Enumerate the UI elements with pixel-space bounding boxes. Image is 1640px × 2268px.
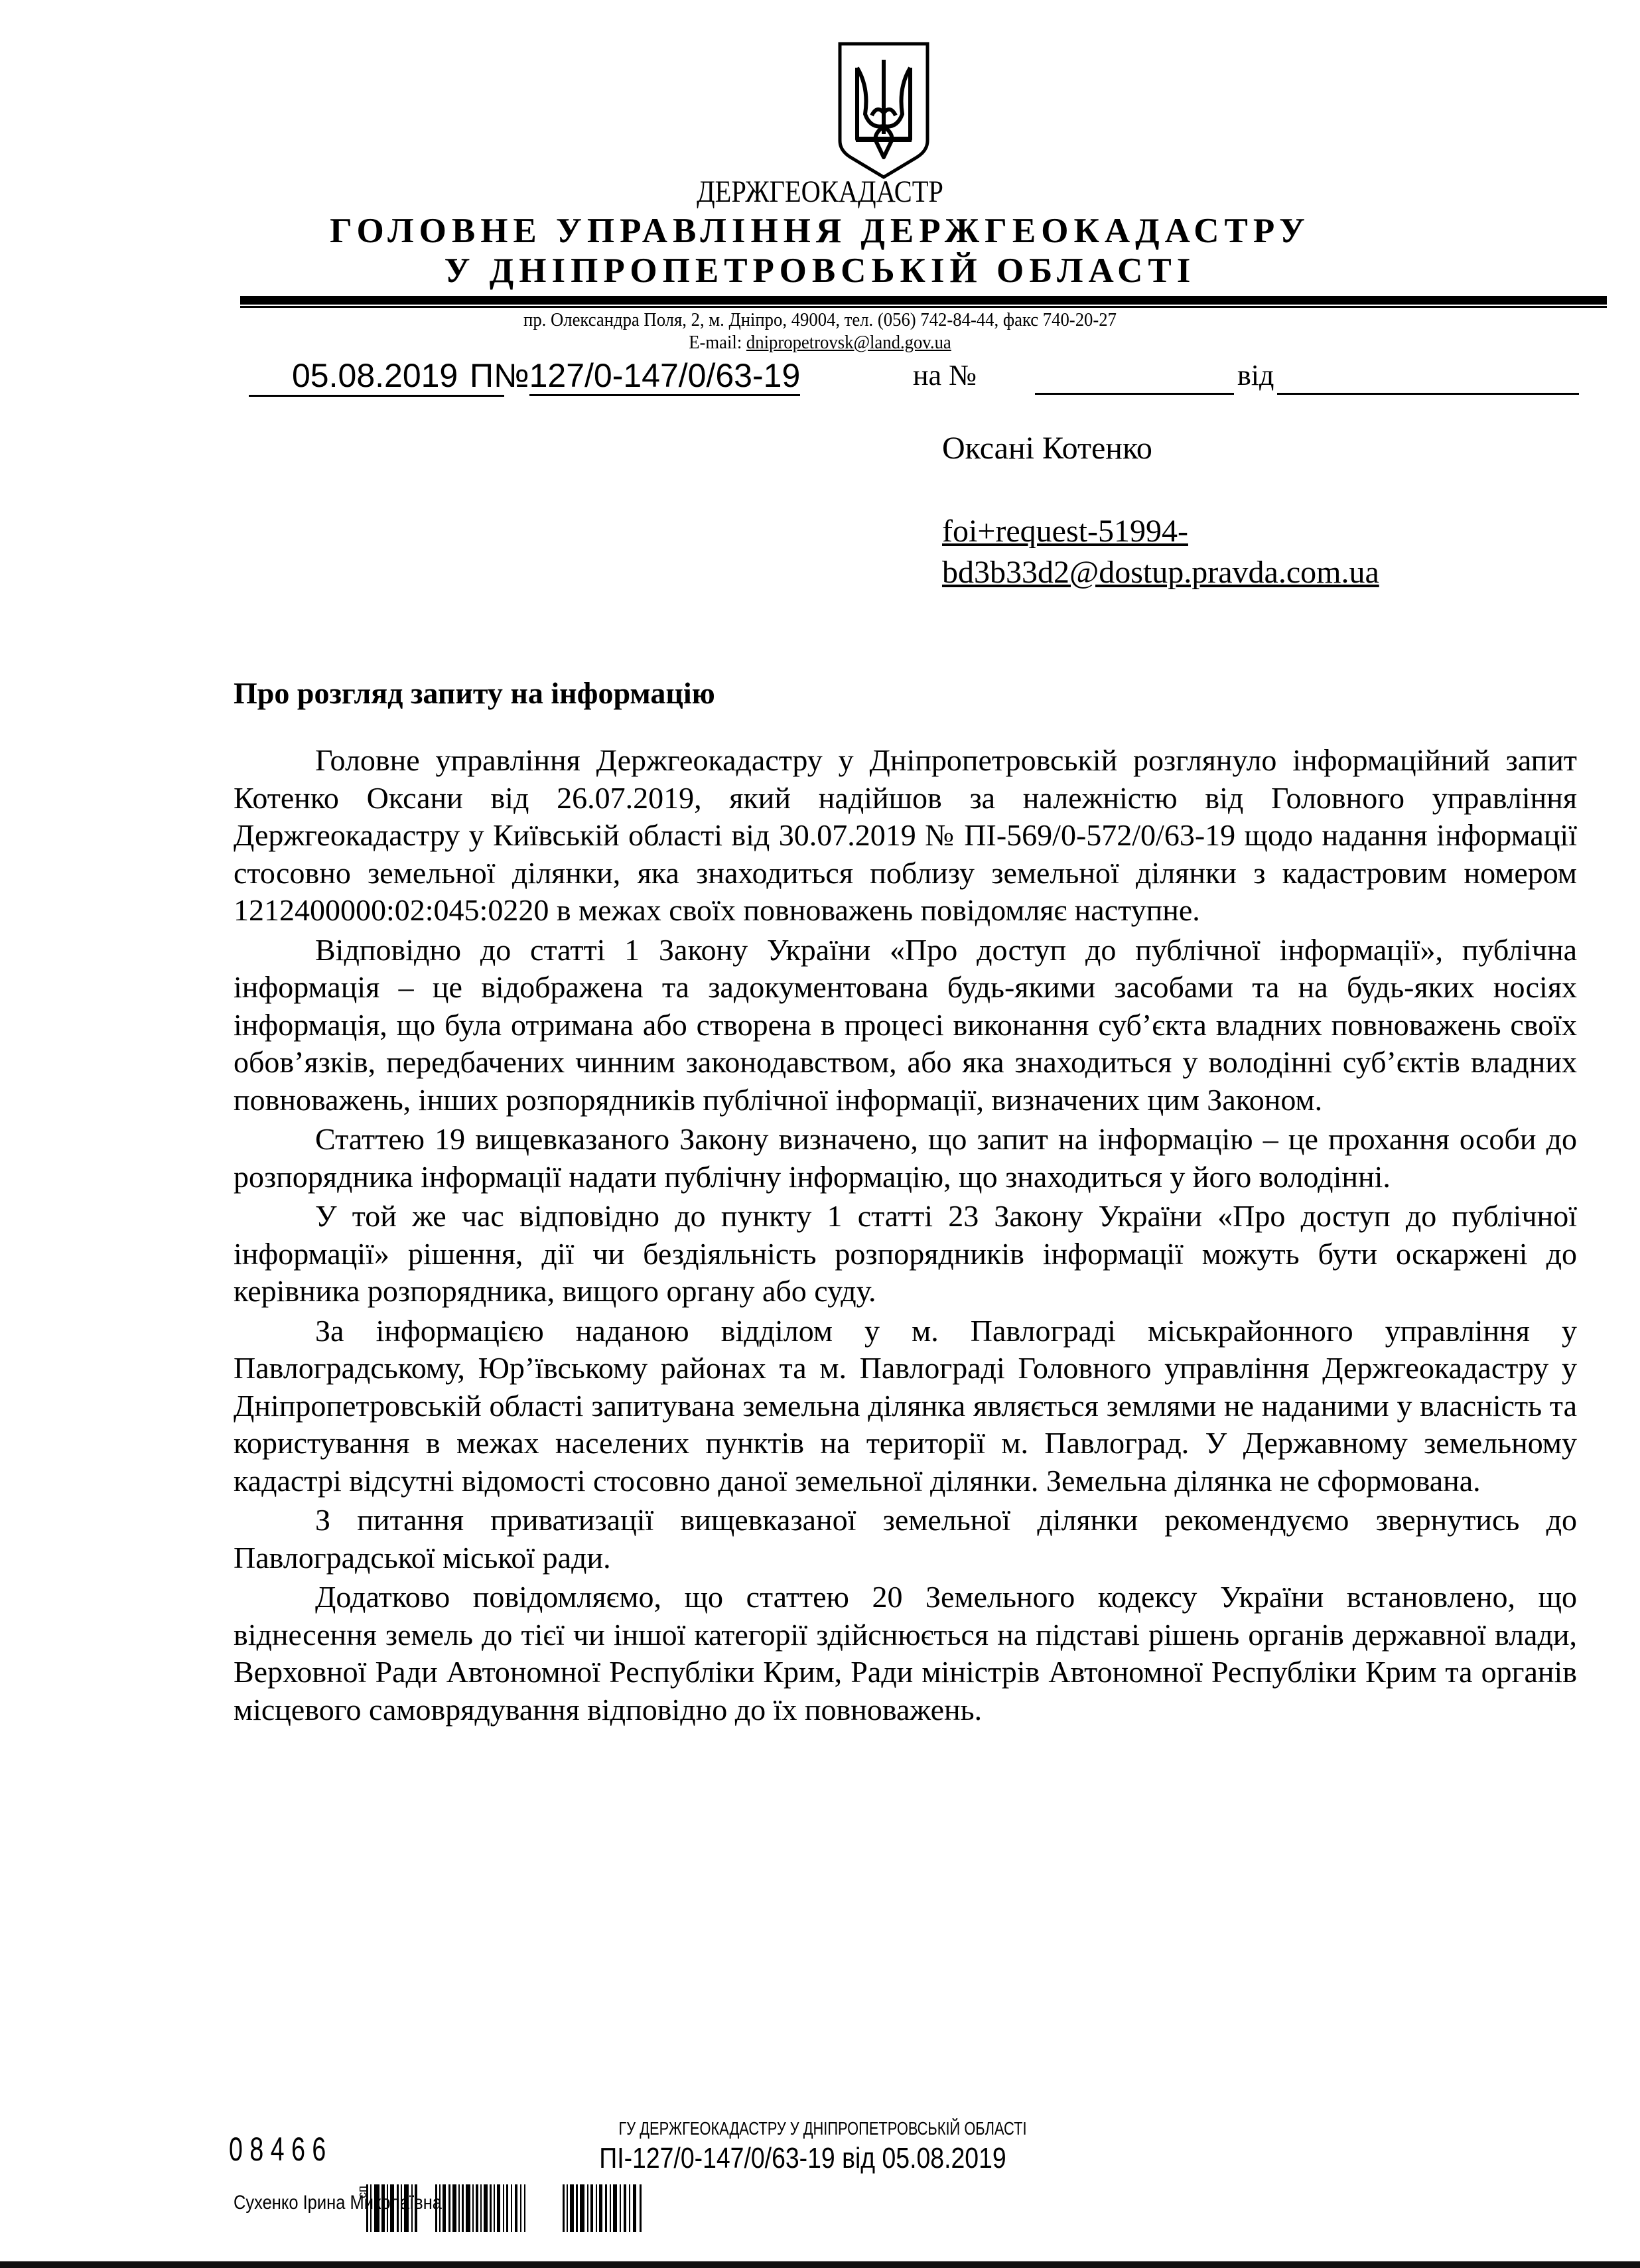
body-paragraph: Головне управління Держгеокадастру у Дні… <box>234 742 1577 930</box>
email-label: E-mail: <box>689 332 746 353</box>
letterhead-email-link[interactable]: dnipropetrovsk@land.gov.ua <box>746 332 951 353</box>
number-prefix: П№ <box>470 357 529 394</box>
addressee-email[interactable]: foi+request-51994- bd3b33d2@dostup.pravd… <box>942 511 1379 593</box>
letter-subject: Про розгляд запиту на інформацію <box>234 675 715 711</box>
addressee-email-line2[interactable]: bd3b33d2@dostup.pravda.com.ua <box>942 552 1379 593</box>
document-counter: 08466 <box>229 2130 333 2168</box>
stamp-organization: ГУ ДЕРЖГЕОКАДАСТРУ У ДНІПРОПЕТРОВСЬКІЙ О… <box>460 2118 1185 2139</box>
letterhead-title-line1: ГОЛОВНЕ УПРАВЛІННЯ ДЕРЖГЕОКАДАСТРУ <box>0 211 1640 251</box>
from-date-label: від <box>1237 356 1274 395</box>
number-value: 127/0-147/0/63-19 <box>529 357 801 396</box>
stamp-registration: ПІ-127/0-147/0/63-19 від 05.08.2019 <box>414 2142 1192 2175</box>
body-paragraph: За інформацією наданою відділом у м. Пав… <box>234 1312 1577 1500</box>
reply-to-field <box>1035 393 1234 395</box>
body-paragraph: З питання приватизації вищевказаної земе… <box>234 1502 1577 1577</box>
barcode-icon <box>366 2184 645 2232</box>
letterhead-rule-thick <box>240 296 1607 305</box>
body-paragraph: Відповідно до статті 1 Закону України «П… <box>234 932 1577 1119</box>
letterhead-rule-thin <box>240 306 1607 308</box>
trident-coat-of-arms-icon <box>837 41 930 180</box>
outgoing-number: П№127/0-147/0/63-19 <box>470 356 828 395</box>
scan-bottom-edge <box>0 2261 1640 2268</box>
outgoing-date: 05.08.2019 <box>249 356 504 397</box>
letter-body: Головне управління Держгеокадастру у Дні… <box>234 742 1577 1729</box>
letterhead-address: пр. Олександра Поля, 2, м. Дніпро, 49004… <box>66 309 1574 331</box>
body-paragraph: Додатково повідомляємо, що статтею 20 Зе… <box>234 1579 1577 1729</box>
from-date-field <box>1277 393 1579 395</box>
body-paragraph: У той же час відповідно до пункту 1 стат… <box>234 1198 1577 1311</box>
addressee-email-line1[interactable]: foi+request-51994- <box>942 511 1379 552</box>
reply-to-label: на № <box>913 356 977 395</box>
letterhead-title-line2: У ДНІПРОПЕТРОВСЬКІЙ ОБЛАСТІ <box>0 251 1640 291</box>
addressee-name: Оксані Котенко <box>942 430 1152 466</box>
agency-name: ДЕРЖГЕОКАДАСТР <box>115 174 1525 210</box>
letterhead-email-line: E-mail: dnipropetrovsk@land.gov.ua <box>66 332 1574 354</box>
body-paragraph: Статтею 19 вищевказаного Закону визначен… <box>234 1121 1577 1196</box>
